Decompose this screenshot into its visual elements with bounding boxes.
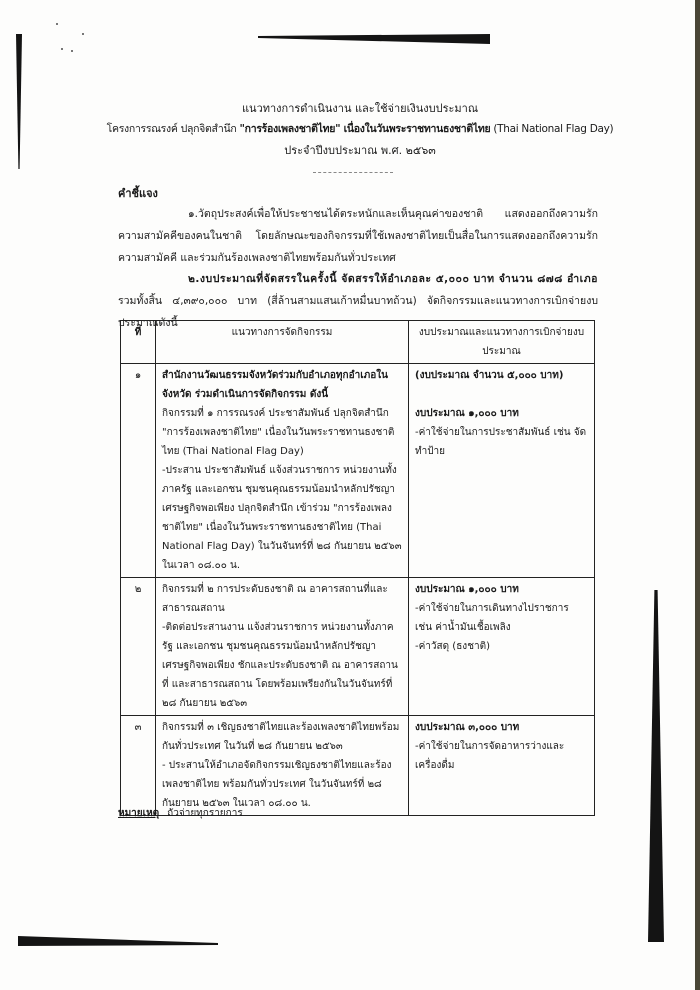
budget-detail: -ค่าใช้จ่ายในการประชาสัมพันธ์ เช่น จัดทำ… xyxy=(415,423,588,461)
table-header-row: ที่ แนวทางการจัดกิจกรรม งบประมาณและแนวทา… xyxy=(121,321,595,364)
budget-amount: งบประมาณ ๓,๐๐๐ บาท xyxy=(415,718,588,737)
activity-detail: - ประสานให้อำเภอจัดกิจกรรมเชิญธงชาติไทยแ… xyxy=(162,756,402,813)
budget-cell: (งบประมาณ จำนวน ๕,๐๐๐ บาท) งบประมาณ ๑,๐๐… xyxy=(409,364,595,578)
header-budget: งบประมาณและแนวทางการเบิกจ่ายงบประมาณ xyxy=(409,321,595,364)
footnote: หมายเหตุถัวจ่ายทุกรายการ xyxy=(118,806,243,821)
activity-detail: -ติดต่อประสานงาน แจ้งส่วนราชการ หน่วยงาน… xyxy=(162,618,402,713)
title-line-2-suffix: (Thai National Flag Day) xyxy=(490,123,613,135)
scan-artifact-bar xyxy=(16,34,22,169)
paragraph-budget-lead: ๒.งบประมาณที่จัดสรรในครั้งนี้ จัดสรรให้อ… xyxy=(188,273,598,285)
activity-cell: กิจกรรมที่ ๓ เชิญธงชาติไทยและร้องเพลงชาต… xyxy=(156,716,409,816)
activity-title: กิจกรรมที่ ๑ การรณรงค์ ประชาสัมพันธ์ ปลุ… xyxy=(162,404,402,461)
activity-intro: สำนักงานวัฒนธรรมจังหวัดร่วมกับอำเภอทุกอำ… xyxy=(162,366,402,404)
explanation-heading: คำชี้แจง xyxy=(118,184,158,202)
scan-edge-shadow xyxy=(695,0,700,990)
activity-title: กิจกรรมที่ ๒ การประดับธงชาติ ณ อาคารสถาน… xyxy=(162,580,402,618)
row-number: ๓ xyxy=(121,716,156,816)
paragraph-objective-text: ๑.วัตถุประสงค์เพื่อให้ประชาชนได้ตระหนักแ… xyxy=(118,208,598,264)
activity-detail: -ประสาน ประชาสัมพันธ์ แจ้งส่วนราชการ หน่… xyxy=(162,461,402,575)
title-line-2: โครงการรณรงค์ ปลุกจิตสำนึก "การร้องเพลงช… xyxy=(60,119,660,140)
budget-detail: -ค่าใช้จ่ายในการเดินทางไปราชการ เช่น ค่า… xyxy=(415,599,588,637)
budget-amount: งบประมาณ ๑,๐๐๐ บาท xyxy=(415,580,588,599)
budget-detail: -ค่าใช้จ่ายในการจัดอาหารว่างและเครื่องดื… xyxy=(415,737,588,775)
scan-artifact-bar xyxy=(18,936,218,946)
title-line-1: แนวทางการดำเนินงาน และใช้จ่ายเงินงบประมา… xyxy=(60,98,660,119)
activity-cell: กิจกรรมที่ ๒ การประดับธงชาติ ณ อาคารสถาน… xyxy=(156,578,409,716)
budget-table: ที่ แนวทางการจัดกิจกรรม งบประมาณและแนวทา… xyxy=(120,320,595,816)
footnote-text: ถัวจ่ายทุกรายการ xyxy=(167,808,243,819)
scan-artifact-bar xyxy=(648,590,664,942)
header-no: ที่ xyxy=(121,321,156,364)
footnote-label: หมายเหตุ xyxy=(118,808,159,819)
title-line-3: ประจำปีงบประมาณ พ.ศ. ๒๕๖๓ xyxy=(60,140,660,161)
paragraph-objective: ๑.วัตถุประสงค์เพื่อให้ประชาชนได้ตระหนักแ… xyxy=(118,203,598,269)
budget-detail-2: -ค่าวัสดุ (ธงชาติ) xyxy=(415,637,588,656)
row-number: ๒ xyxy=(121,578,156,716)
scan-artifact-bar xyxy=(258,34,490,44)
title-divider xyxy=(313,172,393,173)
title-line-2-prefix: โครงการรณรงค์ ปลุกจิตสำนึก xyxy=(107,123,240,135)
table-row: ๓ กิจกรรมที่ ๓ เชิญธงชาติไทยและร้องเพลงช… xyxy=(121,716,595,816)
table-row: ๒ กิจกรรมที่ ๒ การประดับธงชาติ ณ อาคารสถ… xyxy=(121,578,595,716)
budget-amount: งบประมาณ ๑,๐๐๐ บาท xyxy=(415,404,588,423)
budget-cell: งบประมาณ ๑,๐๐๐ บาท -ค่าใช้จ่ายในการเดินท… xyxy=(409,578,595,716)
title-line-2-bold: "การร้องเพลงชาติไทย" เนื่องในวันพระราชทา… xyxy=(240,123,491,135)
activity-title: กิจกรรมที่ ๓ เชิญธงชาติไทยและร้องเพลงชาต… xyxy=(162,718,402,756)
budget-cell: งบประมาณ ๓,๐๐๐ บาท -ค่าใช้จ่ายในการจัดอา… xyxy=(409,716,595,816)
budget-total: (งบประมาณ จำนวน ๕,๐๐๐ บาท) xyxy=(415,366,588,385)
document-title: แนวทางการดำเนินงาน และใช้จ่ายเงินงบประมา… xyxy=(60,98,660,161)
header-activity: แนวทางการจัดกิจกรรม xyxy=(156,321,409,364)
row-number: ๑ xyxy=(121,364,156,578)
table-row: ๑ สำนักงานวัฒนธรรมจังหวัดร่วมกับอำเภอทุก… xyxy=(121,364,595,578)
activity-cell: สำนักงานวัฒนธรรมจังหวัดร่วมกับอำเภอทุกอำ… xyxy=(156,364,409,578)
